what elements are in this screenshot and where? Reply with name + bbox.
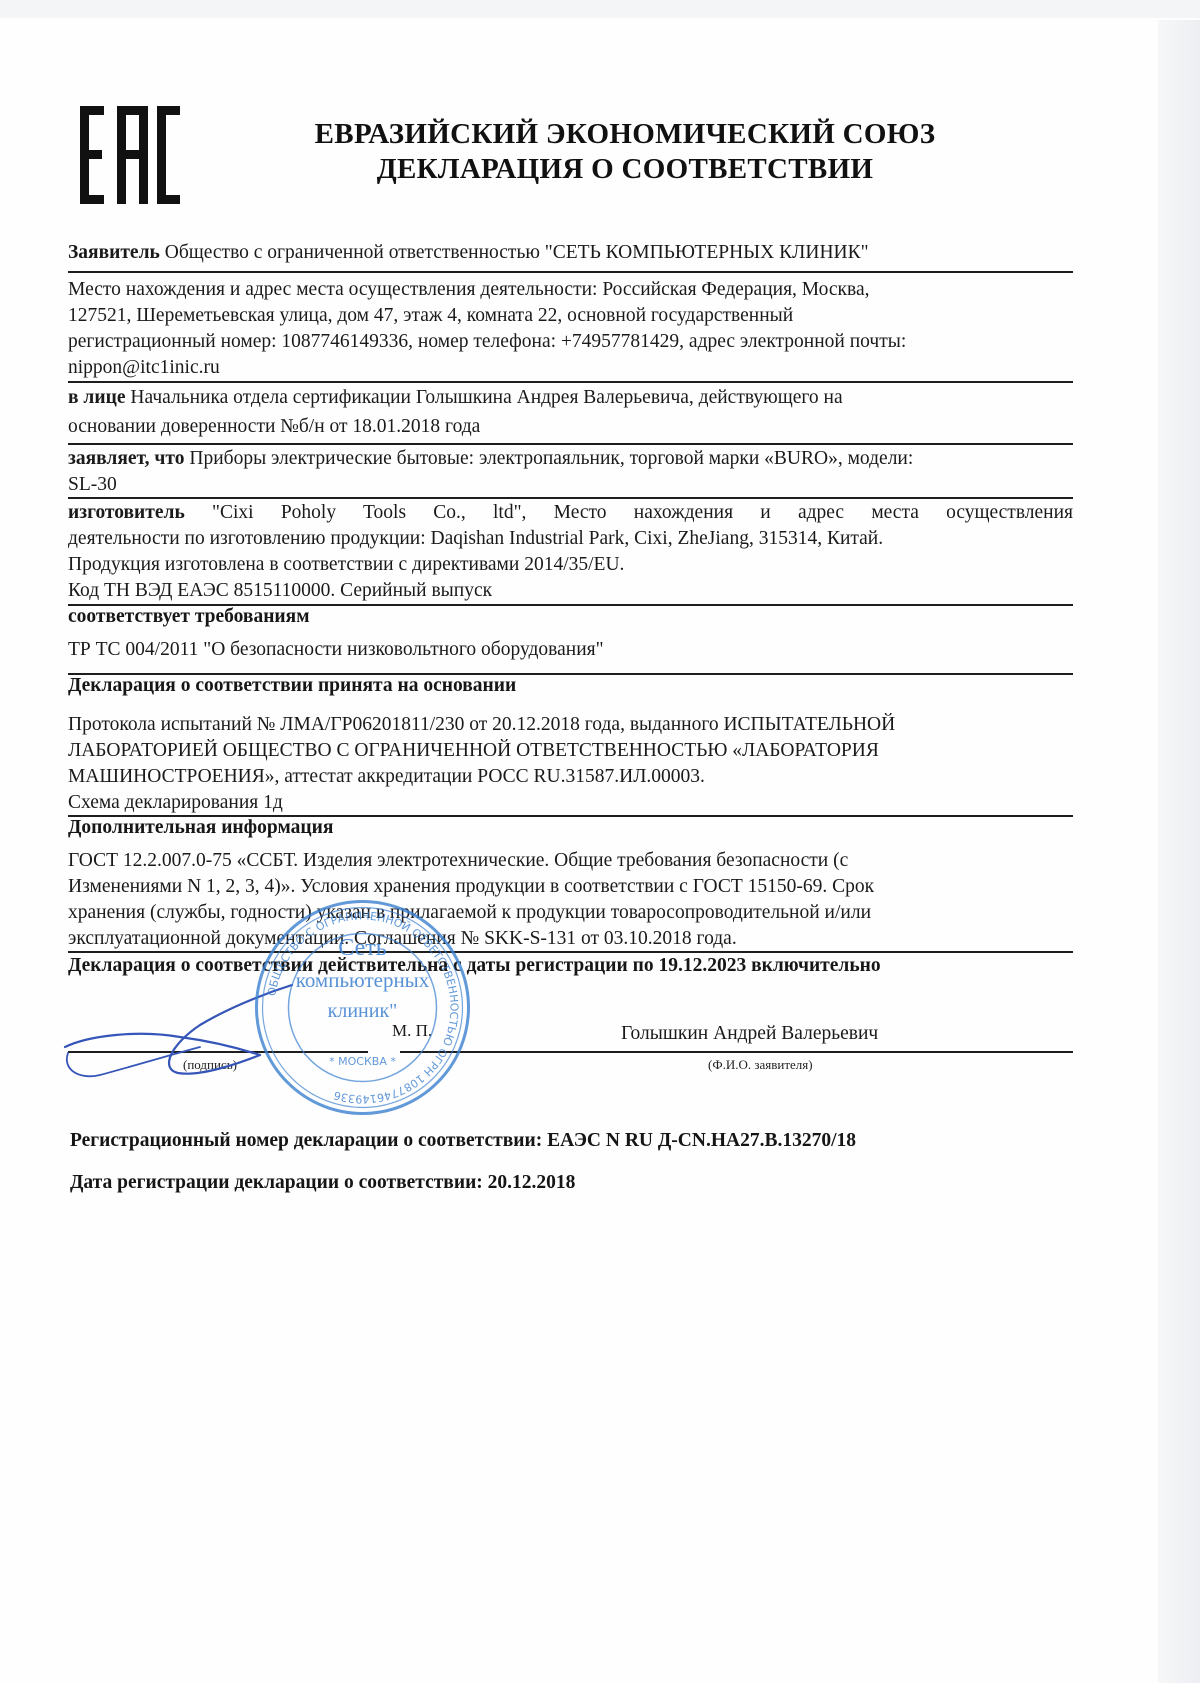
additional-line: эксплуатационной документации. Соглашени… bbox=[68, 926, 1073, 952]
stamp-center-line: Сеть bbox=[338, 935, 386, 961]
scan-top-strip bbox=[0, 0, 1200, 18]
registration-number-value: ЕАЭС N RU Д-CN.НА27.В.13270/18 bbox=[547, 1130, 856, 1151]
product-model: SL-30 bbox=[68, 472, 1073, 498]
scan-edge-shadow bbox=[1158, 20, 1200, 1683]
represented-by-line: Начальника отдела сертификации Голышкина… bbox=[130, 387, 842, 408]
manufacturer-block: изготовитель "Cixi Poholy Tools Co., ltd… bbox=[68, 500, 1073, 604]
manufacturer-label: изготовитель bbox=[68, 502, 185, 523]
manufacturer-line: "Cixi Poholy Tools Co., ltd", Место нахо… bbox=[212, 502, 1073, 523]
additional-line: хранения (службы, годности) указан в при… bbox=[68, 900, 1073, 926]
additional-block: ГОСТ 12.2.007.0-75 «ССБТ. Изделия электр… bbox=[68, 848, 1073, 952]
basis-block: Протокола испытаний № ЛМА/ГР06201811/230… bbox=[68, 712, 1073, 816]
stamp-center-line: компьютерных bbox=[296, 968, 430, 992]
basis-line: Протокола испытаний № ЛМА/ГР06201811/230… bbox=[68, 712, 1073, 738]
registration-date-label: Дата регистрации декларации о соответств… bbox=[70, 1172, 483, 1193]
hs-code-line: Код ТН ВЭД ЕАЭС 8515110000. Серийный вып… bbox=[68, 578, 1073, 604]
additional-heading: Дополнительная информация bbox=[68, 817, 333, 839]
basis-line: ЛАБОРАТОРИЕЙ ОБЩЕСТВО С ОГРАНИЧЕННОЙ ОТВ… bbox=[68, 738, 1073, 764]
divider bbox=[68, 951, 1073, 953]
basis-heading: Декларация о соответствии принята на осн… bbox=[68, 675, 516, 697]
basis-line: МАШИНОСТРОЕНИЯ», аттестат аккредитации Р… bbox=[68, 764, 1073, 790]
eac-logo-icon bbox=[80, 106, 180, 204]
additional-line: ГОСТ 12.2.007.0-75 «ССБТ. Изделия электр… bbox=[68, 848, 1073, 874]
declares-label: заявляет, что bbox=[68, 448, 185, 469]
divider bbox=[68, 381, 1073, 383]
address-line: Место нахождения и адрес места осуществл… bbox=[68, 277, 1073, 303]
divider bbox=[68, 443, 1073, 445]
divider bbox=[68, 271, 1073, 273]
address-line: 127521, Шереметьевская улица, дом 47, эт… bbox=[68, 303, 1073, 329]
signer-caption: (Ф.И.О. заявителя) bbox=[708, 1057, 813, 1073]
declaration-scheme: Схема декларирования 1д bbox=[68, 790, 1073, 816]
address-line: регистрационный номер: 1087746149336, но… bbox=[68, 329, 1073, 355]
name-line bbox=[400, 1051, 1073, 1053]
manufacturer-line: Продукция изготовлена в соответствии с д… bbox=[68, 552, 1073, 578]
document-title-line2: ДЕКЛАРАЦИЯ О СООТВЕТСТВИИ bbox=[280, 153, 970, 186]
declaration-page: ЕВРАЗИЙСКИЙ ЭКОНОМИЧЕСКИЙ СОЮЗ ДЕКЛАРАЦИ… bbox=[0, 0, 1200, 1683]
additional-line: Изменениями N 1, 2, 3, 4)». Условия хран… bbox=[68, 874, 1073, 900]
company-stamp-icon: ОБЩЕСТВО С ОГРАНИЧЕННОЙ ОТВЕТСТВЕННОСТЬЮ… bbox=[250, 895, 475, 1120]
declares-block: заявляет, что Приборы электрические быто… bbox=[68, 446, 1073, 498]
product-description: Приборы электрические бытовые: электропа… bbox=[189, 448, 913, 469]
represented-by-label: в лице bbox=[68, 387, 125, 408]
registration-number-label: Регистрационный номер декларации о соотв… bbox=[70, 1130, 542, 1151]
signer-name: Голышкин Андрей Валерьевич bbox=[621, 1021, 878, 1047]
registration-date-value: 20.12.2018 bbox=[488, 1172, 576, 1193]
represented-by-line: основании доверенности №б/н от 18.01.201… bbox=[68, 414, 1073, 440]
applicant-value: Общество с ограниченной ответственностью… bbox=[165, 242, 869, 263]
complies-heading: соответствует требованиям bbox=[68, 606, 310, 628]
registration-date-row: Дата регистрации декларации о соответств… bbox=[70, 1172, 575, 1194]
divider bbox=[68, 497, 1073, 499]
stamp-center-line: клиник" bbox=[328, 1000, 398, 1022]
document-title-line1: ЕВРАЗИЙСКИЙ ЭКОНОМИЧЕСКИЙ СОЮЗ bbox=[280, 118, 970, 151]
manufacturer-line: деятельности по изготовлению продукции: … bbox=[68, 526, 1073, 552]
stamp-city: * МОСКВА * bbox=[329, 1055, 396, 1068]
technical-regulation: ТР ТС 004/2011 "О безопасности низковоль… bbox=[68, 637, 1073, 663]
applicant-row: Заявитель Общество с ограниченной ответс… bbox=[68, 240, 1073, 266]
email-value: nippon@itc1inic.ru bbox=[68, 355, 1073, 381]
address-block: Место нахождения и адрес места осуществл… bbox=[68, 277, 1073, 381]
represented-by-block: в лице Начальника отдела сертификации Го… bbox=[68, 385, 1073, 440]
registration-number-row: Регистрационный номер декларации о соотв… bbox=[70, 1130, 856, 1152]
applicant-label: Заявитель bbox=[68, 242, 160, 263]
